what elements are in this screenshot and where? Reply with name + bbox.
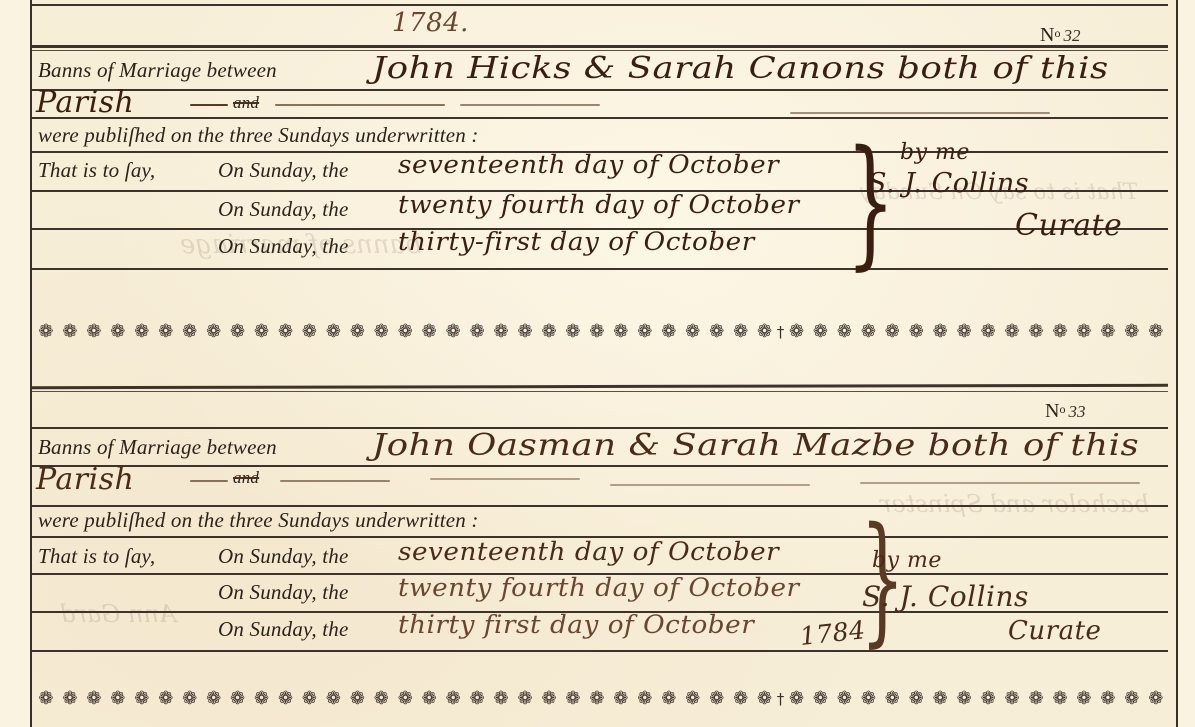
rosette-ornament-icon: ❁ xyxy=(250,321,274,343)
rosette-ornament-icon: ❁ xyxy=(1144,688,1168,710)
rosette-ornament-icon: ❁ xyxy=(82,688,106,710)
rosette-ornament-icon: ❁ xyxy=(832,321,856,343)
rosette-ornament-icon: ❁ xyxy=(1048,688,1072,710)
rosette-ornament-icon: ❁ xyxy=(729,321,753,343)
that-is-to-say: That is to ſay, xyxy=(38,544,155,569)
rosette-ornament-icon: ❁ xyxy=(856,688,880,710)
rosette-ornament-icon: ❁ xyxy=(1120,321,1144,343)
rosette-ornament-icon: ❁ xyxy=(202,321,226,343)
sunday-3-date: thirty-first day of October xyxy=(398,227,755,256)
signatory-title: Curate xyxy=(1015,208,1122,243)
rosette-ornament-icon: ❁ xyxy=(808,688,832,710)
couple-names: John Oasman & Sarah Mazbe both of this xyxy=(372,428,1139,463)
strike-flourish xyxy=(275,104,445,106)
rosette-ornament-icon: ❁ xyxy=(513,321,537,343)
rosette-ornament-icon: ❁ xyxy=(274,321,298,343)
line-rule xyxy=(32,465,1168,467)
rosette-ornament-icon: ❁ xyxy=(154,688,178,710)
rosette-ornament-icon: ❁ xyxy=(465,321,489,343)
rosette-ornament-icon: ❁ xyxy=(58,321,82,343)
sunday-2-date: twenty fourth day of October xyxy=(398,190,800,219)
rosette-ornament-icon: ❁ xyxy=(633,688,657,710)
entry-number: No33 xyxy=(1045,400,1085,423)
right-margin xyxy=(1178,0,1195,727)
left-border-rule xyxy=(30,0,32,727)
rosette-ornament-icon: ❁ xyxy=(417,688,441,710)
rosette-ornament-icon: ❁ xyxy=(345,321,369,343)
on-sunday-3: On Sunday, the xyxy=(218,617,349,642)
rosette-ornament-icon: ❁ xyxy=(561,688,585,710)
line-rule xyxy=(32,650,1168,652)
rosette-ornament-icon: ❁ xyxy=(609,688,633,710)
rosette-ornament-icon: ❁ xyxy=(321,688,345,710)
line-rule xyxy=(32,117,1168,119)
rosette-ornament-icon: ❁ xyxy=(928,688,952,710)
entry-number-value: 33 xyxy=(1068,402,1085,421)
rosette-ornament-icon: ❁ xyxy=(1024,321,1048,343)
rosette-ornament-icon: ❁ xyxy=(1000,688,1024,710)
sunday-3-date: thirty first day of October xyxy=(398,610,754,639)
dagger-ornament-icon: † xyxy=(777,688,785,710)
rosette-ornament-icon: ❁ xyxy=(537,321,561,343)
strike-flourish xyxy=(460,104,600,106)
strike-flourish xyxy=(610,484,810,486)
number-prefix: N xyxy=(1045,400,1059,422)
parish-word: Parish xyxy=(36,85,134,120)
on-sunday-1: On Sunday, the xyxy=(218,158,349,183)
rosette-ornament-icon: ❁ xyxy=(904,321,928,343)
rosette-ornament-icon: ❁ xyxy=(297,321,321,343)
double-rule-top xyxy=(32,45,1168,48)
rosette-ornament-icon: ❁ xyxy=(34,321,58,343)
rosette-ornament-icon: ❁ xyxy=(753,688,777,710)
rosette-ornament-icon: ❁ xyxy=(1144,321,1168,343)
rosette-ornament-icon: ❁ xyxy=(904,688,928,710)
rosette-ornament-icon: ❁ xyxy=(633,321,657,343)
strike-flourish xyxy=(280,480,390,482)
by-me: by me xyxy=(900,140,970,165)
curly-brace: } xyxy=(846,128,895,278)
banns-label: Banns of Marriage between xyxy=(38,58,277,83)
rosette-ornament-icon: ❁ xyxy=(1024,688,1048,710)
year-heading: 1784. xyxy=(392,8,469,38)
rosette-ornament-icon: ❁ xyxy=(976,321,1000,343)
rosette-ornament-icon: ❁ xyxy=(1072,321,1096,343)
rosette-ornament-icon: ❁ xyxy=(785,321,809,343)
rosette-ornament-icon: ❁ xyxy=(1096,688,1120,710)
rosette-ornament-icon: ❁ xyxy=(106,321,130,343)
on-sunday-3: On Sunday, the xyxy=(218,234,349,259)
rosette-ornament-icon: ❁ xyxy=(928,321,952,343)
rosette-ornament-icon: ❁ xyxy=(226,321,250,343)
line-rule xyxy=(32,268,1168,270)
line-rule xyxy=(32,89,1168,91)
rosette-ornament-icon: ❁ xyxy=(82,321,106,343)
ornament-divider: ❁❁❁❁❁❁❁❁❁❁❁❁❁❁❁❁❁❁❁❁❁❁❁❁❁❁❁❁❁❁❁†❁❁❁❁❁❁❁❁… xyxy=(34,321,1168,343)
rosette-ornament-icon: ❁ xyxy=(513,688,537,710)
signatory-name: S. J. Collins xyxy=(868,168,1029,199)
rosette-ornament-icon: ❁ xyxy=(1048,321,1072,343)
parish-word: Parish xyxy=(36,462,134,497)
banns-label: Banns of Marriage between xyxy=(38,435,277,460)
rosette-ornament-icon: ❁ xyxy=(808,321,832,343)
rosette-ornament-icon: ❁ xyxy=(705,321,729,343)
line-rule xyxy=(32,505,1168,507)
rosette-ornament-icon: ❁ xyxy=(297,688,321,710)
and-word-struck: and xyxy=(233,468,259,488)
rosette-ornament-icon: ❁ xyxy=(178,321,202,343)
left-margin xyxy=(0,0,30,727)
rosette-ornament-icon: ❁ xyxy=(34,688,58,710)
rosette-ornament-icon: ❁ xyxy=(417,321,441,343)
rosette-ornament-icon: ❁ xyxy=(250,688,274,710)
rosette-ornament-icon: ❁ xyxy=(952,688,976,710)
rosette-ornament-icon: ❁ xyxy=(657,688,681,710)
rosette-ornament-icon: ❁ xyxy=(1072,688,1096,710)
sunday-1-date: seventeenth day of October xyxy=(398,150,779,179)
double-rule-bottom xyxy=(32,391,1168,392)
rosette-ornament-icon: ❁ xyxy=(753,321,777,343)
rosette-ornament-icon: ❁ xyxy=(202,688,226,710)
rosette-ornament-icon: ❁ xyxy=(154,321,178,343)
rosette-ornament-icon: ❁ xyxy=(226,688,250,710)
trailing-year: 1784 xyxy=(798,615,866,651)
rosette-ornament-icon: ❁ xyxy=(178,688,202,710)
rosette-ornament-icon: ❁ xyxy=(489,321,513,343)
sunday-1-date: seventeenth day of October xyxy=(398,537,779,566)
rosette-ornament-icon: ❁ xyxy=(609,321,633,343)
show-through-text: Ann Gard xyxy=(60,600,176,628)
rosette-ornament-icon: ❁ xyxy=(880,688,904,710)
on-sunday-2: On Sunday, the xyxy=(218,580,349,605)
rosette-ornament-icon: ❁ xyxy=(976,688,1000,710)
and-word-struck: and xyxy=(233,93,259,113)
entry-number: No32 xyxy=(1040,24,1080,47)
rosette-ornament-icon: ❁ xyxy=(537,688,561,710)
signatory-title: Curate xyxy=(1008,616,1101,646)
rosette-ornament-icon: ❁ xyxy=(1120,688,1144,710)
rosette-ornament-icon: ❁ xyxy=(856,321,880,343)
rosette-ornament-icon: ❁ xyxy=(585,688,609,710)
couple-names: John Hicks & Sarah Canons both of this xyxy=(372,51,1109,86)
rosette-ornament-icon: ❁ xyxy=(393,321,417,343)
rosette-ornament-icon: ❁ xyxy=(585,321,609,343)
ornament-divider: ❁❁❁❁❁❁❁❁❁❁❁❁❁❁❁❁❁❁❁❁❁❁❁❁❁❁❁❁❁❁❁†❁❁❁❁❁❁❁❁… xyxy=(34,688,1168,710)
show-through-text: bachelor and Spinster xyxy=(880,490,1149,518)
rosette-ornament-icon: ❁ xyxy=(345,688,369,710)
rosette-ornament-icon: ❁ xyxy=(465,688,489,710)
entry-number-value: 32 xyxy=(1063,26,1080,45)
strike-flourish xyxy=(190,104,228,106)
double-rule-top xyxy=(32,384,1168,389)
by-me: by me xyxy=(872,548,942,573)
strike-flourish xyxy=(790,112,1050,114)
rosette-ornament-icon: ❁ xyxy=(832,688,856,710)
number-prefix: N xyxy=(1040,24,1054,46)
rosette-ornament-icon: ❁ xyxy=(681,688,705,710)
rosette-ornament-icon: ❁ xyxy=(369,688,393,710)
rosette-ornament-icon: ❁ xyxy=(130,688,154,710)
register-page: banns of marriage That is to say On Sund… xyxy=(0,0,1195,727)
rosette-ornament-icon: ❁ xyxy=(130,321,154,343)
published-line: were publiſhed on the three Sundays unde… xyxy=(38,123,479,148)
published-line: were publiſhed on the three Sundays unde… xyxy=(38,508,479,533)
rosette-ornament-icon: ❁ xyxy=(489,688,513,710)
rosette-ornament-icon: ❁ xyxy=(369,321,393,343)
right-border-rule xyxy=(1176,0,1178,727)
on-sunday-1: On Sunday, the xyxy=(218,544,349,569)
sunday-2-date: twenty fourth day of October xyxy=(398,573,800,602)
rosette-ornament-icon: ❁ xyxy=(681,321,705,343)
rosette-ornament-icon: ❁ xyxy=(58,688,82,710)
top-rule xyxy=(32,4,1168,6)
rosette-ornament-icon: ❁ xyxy=(561,321,585,343)
rosette-ornament-icon: ❁ xyxy=(657,321,681,343)
rosette-ornament-icon: ❁ xyxy=(729,688,753,710)
strike-flourish xyxy=(430,478,580,480)
dagger-ornament-icon: † xyxy=(777,321,785,343)
that-is-to-say: That is to ſay, xyxy=(38,158,155,183)
rosette-ornament-icon: ❁ xyxy=(1000,321,1024,343)
signatory-name: S. J. Collins xyxy=(862,580,1029,613)
rosette-ornament-icon: ❁ xyxy=(393,688,417,710)
strike-flourish xyxy=(860,482,1140,484)
rosette-ornament-icon: ❁ xyxy=(705,688,729,710)
rosette-ornament-icon: ❁ xyxy=(441,321,465,343)
rosette-ornament-icon: ❁ xyxy=(952,321,976,343)
rosette-ornament-icon: ❁ xyxy=(1096,321,1120,343)
number-sup: o xyxy=(1059,402,1065,416)
strike-flourish xyxy=(190,480,228,482)
rosette-ornament-icon: ❁ xyxy=(785,688,809,710)
rosette-ornament-icon: ❁ xyxy=(274,688,298,710)
on-sunday-2: On Sunday, the xyxy=(218,197,349,222)
number-sup: o xyxy=(1054,26,1060,40)
rosette-ornament-icon: ❁ xyxy=(441,688,465,710)
rosette-ornament-icon: ❁ xyxy=(321,321,345,343)
rosette-ornament-icon: ❁ xyxy=(106,688,130,710)
rosette-ornament-icon: ❁ xyxy=(880,321,904,343)
